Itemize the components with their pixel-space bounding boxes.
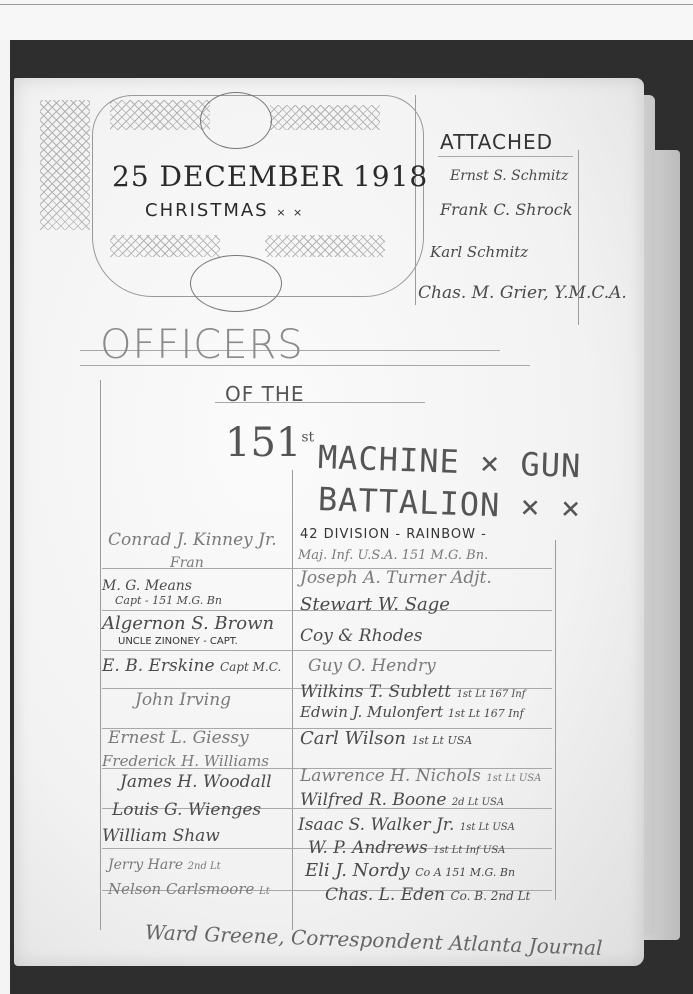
- title-officers: OFFICERS: [100, 322, 304, 368]
- unit-number-value: 151: [225, 420, 301, 466]
- signature-name: Wilfred R. Boone: [300, 790, 446, 810]
- ruled-line: [102, 650, 552, 651]
- signature: Lawrence H. Nichols 1st Lt USA: [300, 766, 541, 786]
- signature: Stewart W. Sage: [300, 594, 450, 615]
- attached-name: Chas. M. Grier, Y.M.C.A.: [418, 283, 627, 303]
- signature-name: Joseph A. Turner: [300, 568, 446, 588]
- signature: Ernest L. Giessy: [108, 728, 249, 748]
- torch-post-icon: [415, 95, 416, 305]
- signature-note: Lt: [259, 886, 270, 897]
- scroll-ornament-top-icon: [200, 92, 272, 149]
- signature: Wilkins T. Sublett 1st Lt 167 Inf: [300, 682, 525, 702]
- title-rule: [215, 402, 425, 403]
- left-border: [100, 380, 101, 930]
- signature: Joseph A. Turner Adjt.: [300, 568, 492, 588]
- signature-note: Adjt.: [451, 568, 492, 588]
- signature: Nelson Carlsmoore Lt: [108, 880, 270, 898]
- signature-name: Wilkins T. Sublett: [300, 682, 451, 702]
- signature-name: Edwin J. Mulonfert: [300, 703, 443, 721]
- signature-name: Lawrence H. Nichols: [300, 766, 481, 786]
- attached-name: Ernst S. Schmitz: [450, 168, 568, 184]
- signature: Louis G. Wienges: [112, 800, 261, 820]
- signature: Edwin J. Mulonfert 1st Lt 167 Inf: [300, 703, 524, 721]
- signature-note: UNCLE ZINONEY - CAPT.: [118, 636, 238, 647]
- attached-name: Frank C. Shrock: [440, 200, 572, 219]
- division-line: 42 DIVISION - RAINBOW -: [300, 527, 487, 542]
- signature-note: Capt M.C.: [220, 660, 281, 674]
- crosshatch-bottom-left-icon: [110, 235, 220, 257]
- crosshatch-top-right-icon: [270, 105, 380, 130]
- scan-margin-top: [0, 0, 693, 40]
- signature: John Irving: [135, 690, 231, 710]
- signature: James H. Woodall: [120, 772, 272, 792]
- occasion-text: CHRISTMAS: [145, 200, 269, 221]
- scan-edge-line: [0, 4, 693, 5]
- right-border: [555, 540, 556, 900]
- signature-note: 1st Lt Inf USA: [433, 845, 505, 856]
- attached-name: Karl Schmitz: [430, 243, 528, 261]
- signature: Chas. L. Eden Co. B. 2nd Lt: [325, 885, 530, 905]
- crosshatch-top-left-icon: [110, 100, 210, 130]
- signature-note: 1st Lt USA: [486, 773, 541, 784]
- scroll-ornament-bottom-icon: [190, 255, 282, 312]
- unit-number: 151st: [225, 420, 314, 466]
- signature: Guy O. Hendry: [308, 656, 436, 676]
- signature-note: 1st Lt USA: [412, 734, 473, 747]
- column-divider: [292, 470, 293, 930]
- signature: W. P. Andrews 1st Lt Inf USA: [308, 838, 505, 858]
- signature: Maj. Inf. U.S.A. 151 M.G. Bn.: [298, 548, 488, 563]
- signature: Wilfred R. Boone 2d Lt USA: [300, 790, 504, 810]
- signature-note: 1st Lt 167 Inf: [448, 707, 524, 720]
- signature-note: Co. B. 2nd Lt: [450, 889, 530, 903]
- signature: Conrad J. Kinney Jr.: [108, 530, 277, 550]
- signature-name: Chas. L. Eden: [325, 885, 445, 905]
- unit-number-suffix: st: [301, 430, 314, 446]
- signature-note: 1st Lt 167 Inf: [457, 689, 526, 700]
- header-date: 25 DECEMBER 1918: [112, 160, 428, 193]
- signature-name: W. P. Andrews: [308, 838, 428, 858]
- crosshatch-bottom-right-icon: [265, 235, 385, 257]
- occasion-mark: × ×: [276, 206, 304, 219]
- crosshatch-left-icon: [40, 100, 90, 230]
- signature-note: 2d Lt USA: [452, 797, 504, 808]
- signature: Algernon S. Brown: [102, 613, 274, 634]
- signature-name: Jerry Hare: [108, 857, 183, 873]
- signature-note: 2nd Lt: [188, 861, 221, 872]
- signature-note: 1st Lt USA: [460, 822, 515, 833]
- signature-name: Carl Wilson: [300, 728, 406, 749]
- signature: Frederick H. Williams: [102, 752, 269, 770]
- signature-name: E. B. Erskine: [102, 656, 215, 676]
- attached-heading: ATTACHED: [440, 130, 553, 154]
- signature: Carl Wilson 1st Lt USA: [300, 728, 472, 749]
- signature: M. G. Means: [102, 578, 192, 594]
- signature: E. B. Erskine Capt M.C.: [102, 656, 281, 676]
- signature-name: Eli J. Nordy: [305, 860, 410, 881]
- signature: Isaac S. Walker Jr. 1st Lt USA: [298, 815, 515, 835]
- signature: Eli J. Nordy Co A 151 M.G. Bn: [305, 860, 515, 881]
- attached-underline: [438, 156, 573, 157]
- signature: William Shaw: [102, 826, 220, 846]
- signature-note: Capt - 151 M.G. Bn: [115, 594, 222, 607]
- signature-name: Nelson Carlsmoore: [108, 880, 254, 898]
- footer-name: Ward Greene: [145, 920, 279, 949]
- signature-name: Isaac S. Walker Jr.: [298, 815, 454, 835]
- signature: Jerry Hare 2nd Lt: [108, 857, 221, 873]
- header-occasion: CHRISTMAS × ×: [145, 200, 304, 221]
- signature: Coy & Rhodes: [300, 626, 422, 646]
- signature-note: Co A 151 M.G. Bn: [415, 866, 515, 879]
- signature: Fran: [170, 555, 204, 571]
